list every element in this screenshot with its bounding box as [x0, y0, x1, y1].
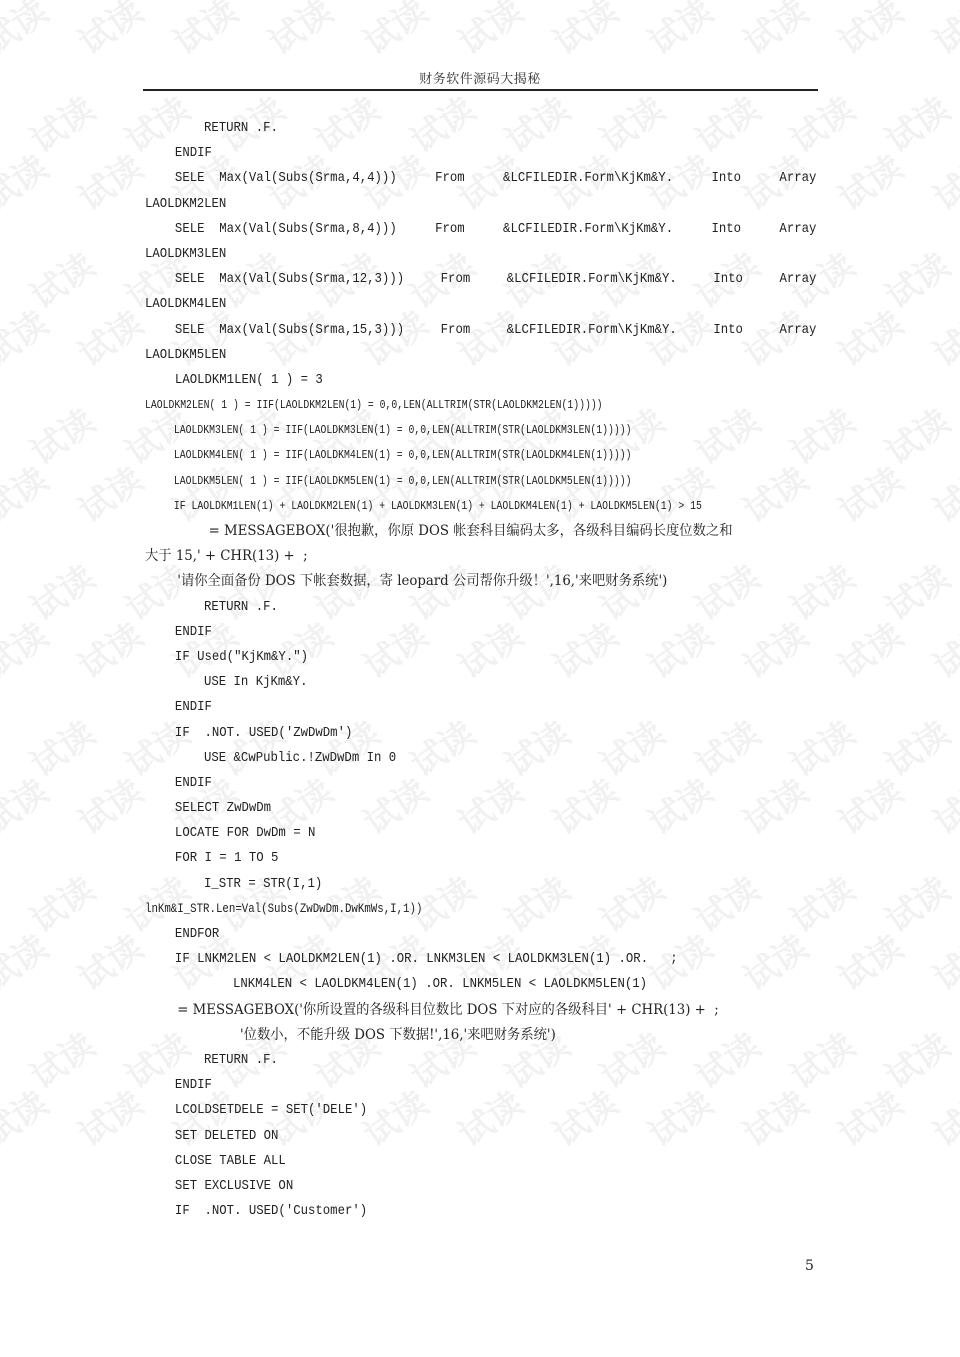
code-line: LAOLDKM5LEN( 1 ) = IIF(LAOLDKM5LEN(1) = …	[145, 469, 716, 494]
code-line: LAOLDKM4LEN	[145, 292, 736, 317]
code-line: lnKm&I_STR.Len=Val(Subs(ZwDwDm.DwKmWs,I,…	[145, 897, 723, 922]
code-text: '位数小，不能升级 DOS 下数据!',16,'来吧财务系统')	[240, 1027, 556, 1043]
code-line: USE &CwPublic.!ZwDwDm In 0	[145, 746, 736, 771]
code-token: From	[441, 267, 471, 292]
code-text: LAOLDKM2LEN	[145, 196, 226, 212]
code-text: USE &CwPublic.!ZwDwDm In 0	[204, 750, 396, 766]
running-header-title: 财务软件源码大揭秘	[0, 68, 960, 87]
header-divider	[143, 89, 818, 91]
code-text: LAOLDKM2LEN( 1 ) = IIF(LAOLDKM2LEN(1) = …	[145, 399, 603, 412]
code-line: FOR I = 1 TO 5	[145, 846, 736, 871]
code-text: '请你全面备份 DOS 下帐套数据，寄 leopard 公司帮你升级！',16,…	[177, 573, 667, 589]
code-line: LOCATE FOR DwDm = N	[145, 821, 736, 846]
code-text: IF LNKM2LEN < LAOLDKM2LEN(1) .OR. LNKM3L…	[175, 951, 678, 967]
code-token: &LCFILEDIR.Form\KjKm&Y.	[507, 267, 677, 292]
code-line: SET EXCLUSIVE ON	[145, 1174, 736, 1199]
code-line: ENDIF	[145, 771, 736, 796]
code-token: Into	[713, 318, 743, 343]
code-line: ENDIF	[145, 620, 736, 645]
code-text: ENDIF	[175, 145, 212, 161]
code-text: LAOLDKM1LEN( 1 ) = 3	[175, 372, 323, 388]
code-text: 大于 15,' + CHR(13) + ;	[145, 548, 308, 564]
code-text: IF .NOT. USED('ZwDwDm')	[175, 725, 352, 741]
code-line: SELE Max(Val(Subs(Srma,4,4)))From&LCFILE…	[145, 166, 736, 191]
code-token: SELE Max(Val(Subs(Srma,4,4)))	[175, 166, 397, 191]
code-text: = MESSAGEBOX('很抱歉，你原 DOS 帐套科目编码太多，各级科目编码…	[209, 523, 733, 539]
document-page: 财务软件源码大揭秘 RETURN .F.ENDIFSELE Max(Val(Su…	[0, 0, 960, 1357]
code-line: SET DELETED ON	[145, 1124, 736, 1149]
code-line: LAOLDKM2LEN	[145, 192, 736, 217]
code-text: CLOSE TABLE ALL	[175, 1153, 286, 1169]
code-line: = MESSAGEBOX('很抱歉，你原 DOS 帐套科目编码太多，各级科目编码…	[145, 519, 783, 544]
code-line-segments: SELE Max(Val(Subs(Srma,8,4)))From&LCFILE…	[175, 217, 817, 242]
code-text: SET DELETED ON	[175, 1128, 279, 1144]
code-text: SET EXCLUSIVE ON	[175, 1178, 293, 1194]
code-text: IF LAOLDKM1LEN(1) + LAOLDKM2LEN(1) + LAO…	[174, 500, 702, 513]
code-text: RETURN .F.	[204, 1052, 278, 1068]
code-line: ENDIF	[145, 1073, 736, 1098]
code-line: LCOLDSETDELE = SET('DELE')	[145, 1098, 736, 1123]
code-text: LAOLDKM3LEN	[145, 246, 226, 262]
code-token: Into	[711, 217, 741, 242]
code-token: From	[441, 318, 471, 343]
code-text: USE In KjKm&Y.	[204, 674, 308, 690]
code-line: LAOLDKM5LEN	[145, 343, 736, 368]
code-token: Into	[713, 267, 743, 292]
code-text: ENDIF	[175, 699, 212, 715]
code-line-segments: SELE Max(Val(Subs(Srma,15,3)))From&LCFIL…	[175, 318, 817, 343]
code-line: LAOLDKM3LEN( 1 ) = IIF(LAOLDKM3LEN(1) = …	[145, 418, 716, 443]
code-line: IF LAOLDKM1LEN(1) + LAOLDKM2LEN(1) + LAO…	[145, 494, 716, 519]
code-line: SELE Max(Val(Subs(Srma,8,4)))From&LCFILE…	[145, 217, 736, 242]
code-token: &LCFILEDIR.Form\KjKm&Y.	[503, 166, 673, 191]
code-text: LAOLDKM3LEN( 1 ) = IIF(LAOLDKM3LEN(1) = …	[174, 424, 632, 437]
code-line: SELECT ZwDwDm	[145, 796, 736, 821]
code-line-segments: SELE Max(Val(Subs(Srma,4,4)))From&LCFILE…	[175, 166, 817, 191]
code-line: USE In KjKm&Y.	[145, 670, 736, 695]
code-text: LNKM4LEN < LAOLDKM4LEN(1) .OR. LNKM5LEN …	[233, 976, 647, 992]
code-token: &LCFILEDIR.Form\KjKm&Y.	[507, 318, 677, 343]
code-line: ENDFOR	[145, 922, 736, 947]
code-text: RETURN .F.	[204, 120, 278, 136]
code-line: LAOLDKM2LEN( 1 ) = IIF(LAOLDKM2LEN(1) = …	[145, 393, 716, 418]
code-line: SELE Max(Val(Subs(Srma,15,3)))From&LCFIL…	[145, 318, 736, 343]
code-token: Into	[711, 166, 741, 191]
code-token: Array	[779, 318, 816, 343]
code-line: LAOLDKM1LEN( 1 ) = 3	[145, 368, 736, 393]
code-text: LAOLDKM4LEN	[145, 296, 226, 312]
code-line: '请你全面备份 DOS 下帐套数据，寄 leopard 公司帮你升级！',16,…	[145, 569, 783, 594]
code-line: IF .NOT. USED('ZwDwDm')	[145, 721, 736, 746]
code-line: CLOSE TABLE ALL	[145, 1149, 736, 1174]
page-number: 5	[805, 1258, 814, 1274]
code-token: SELE Max(Val(Subs(Srma,15,3)))	[175, 318, 404, 343]
code-listing: RETURN .F.ENDIFSELE Max(Val(Subs(Srma,4,…	[145, 116, 817, 1224]
code-line: ENDIF	[145, 695, 736, 720]
code-text: IF .NOT. USED('Customer')	[175, 1203, 367, 1219]
code-text: LAOLDKM5LEN	[145, 347, 226, 363]
code-text: LCOLDSETDELE = SET('DELE')	[175, 1102, 367, 1118]
code-text: RETURN .F.	[204, 599, 278, 615]
code-line: I_STR = STR(I,1)	[145, 872, 736, 897]
code-token: Array	[779, 166, 816, 191]
code-token: SELE Max(Val(Subs(Srma,12,3)))	[175, 267, 404, 292]
code-line-segments: SELE Max(Val(Subs(Srma,12,3)))From&LCFIL…	[175, 267, 817, 292]
code-line: = MESSAGEBOX('你所设置的各级科目位数比 DOS 下对应的各级科目'…	[145, 998, 783, 1023]
code-token: Array	[779, 267, 816, 292]
code-line: IF .NOT. USED('Customer')	[145, 1199, 736, 1224]
code-line: IF LNKM2LEN < LAOLDKM2LEN(1) .OR. LNKM3L…	[145, 947, 736, 972]
code-line: '位数小，不能升级 DOS 下数据!',16,'来吧财务系统')	[145, 1023, 783, 1048]
code-text: lnKm&I_STR.Len=Val(Subs(ZwDwDm.DwKmWs,I,…	[145, 902, 422, 916]
code-text: LAOLDKM4LEN( 1 ) = IIF(LAOLDKM4LEN(1) = …	[174, 449, 632, 462]
code-text: ENDIF	[175, 775, 212, 791]
code-text: LOCATE FOR DwDm = N	[175, 825, 315, 841]
code-text: FOR I = 1 TO 5	[175, 850, 279, 866]
code-text: ENDIF	[175, 624, 212, 640]
code-text: ENDFOR	[175, 926, 219, 942]
code-token: From	[435, 217, 465, 242]
code-text: = MESSAGEBOX('你所设置的各级科目位数比 DOS 下对应的各级科目'…	[177, 1002, 718, 1018]
code-line: RETURN .F.	[145, 116, 736, 141]
code-line: IF Used("KjKm&Y.")	[145, 645, 736, 670]
code-line: 大于 15,' + CHR(13) + ;	[145, 544, 783, 569]
code-line: LNKM4LEN < LAOLDKM4LEN(1) .OR. LNKM5LEN …	[145, 972, 736, 997]
code-text: SELECT ZwDwDm	[175, 800, 271, 816]
code-token: Array	[779, 217, 816, 242]
code-text: ENDIF	[175, 1077, 212, 1093]
code-text: LAOLDKM5LEN( 1 ) = IIF(LAOLDKM5LEN(1) = …	[174, 475, 632, 488]
code-line: RETURN .F.	[145, 595, 736, 620]
code-line: SELE Max(Val(Subs(Srma,12,3)))From&LCFIL…	[145, 267, 736, 292]
code-text: I_STR = STR(I,1)	[204, 876, 322, 892]
code-line: RETURN .F.	[145, 1048, 736, 1073]
code-token: SELE Max(Val(Subs(Srma,8,4)))	[175, 217, 397, 242]
code-text: IF Used("KjKm&Y.")	[175, 649, 308, 665]
code-token: &LCFILEDIR.Form\KjKm&Y.	[503, 217, 673, 242]
code-line: LAOLDKM3LEN	[145, 242, 736, 267]
code-token: From	[435, 166, 465, 191]
code-line: LAOLDKM4LEN( 1 ) = IIF(LAOLDKM4LEN(1) = …	[145, 443, 716, 468]
code-line: ENDIF	[145, 141, 736, 166]
